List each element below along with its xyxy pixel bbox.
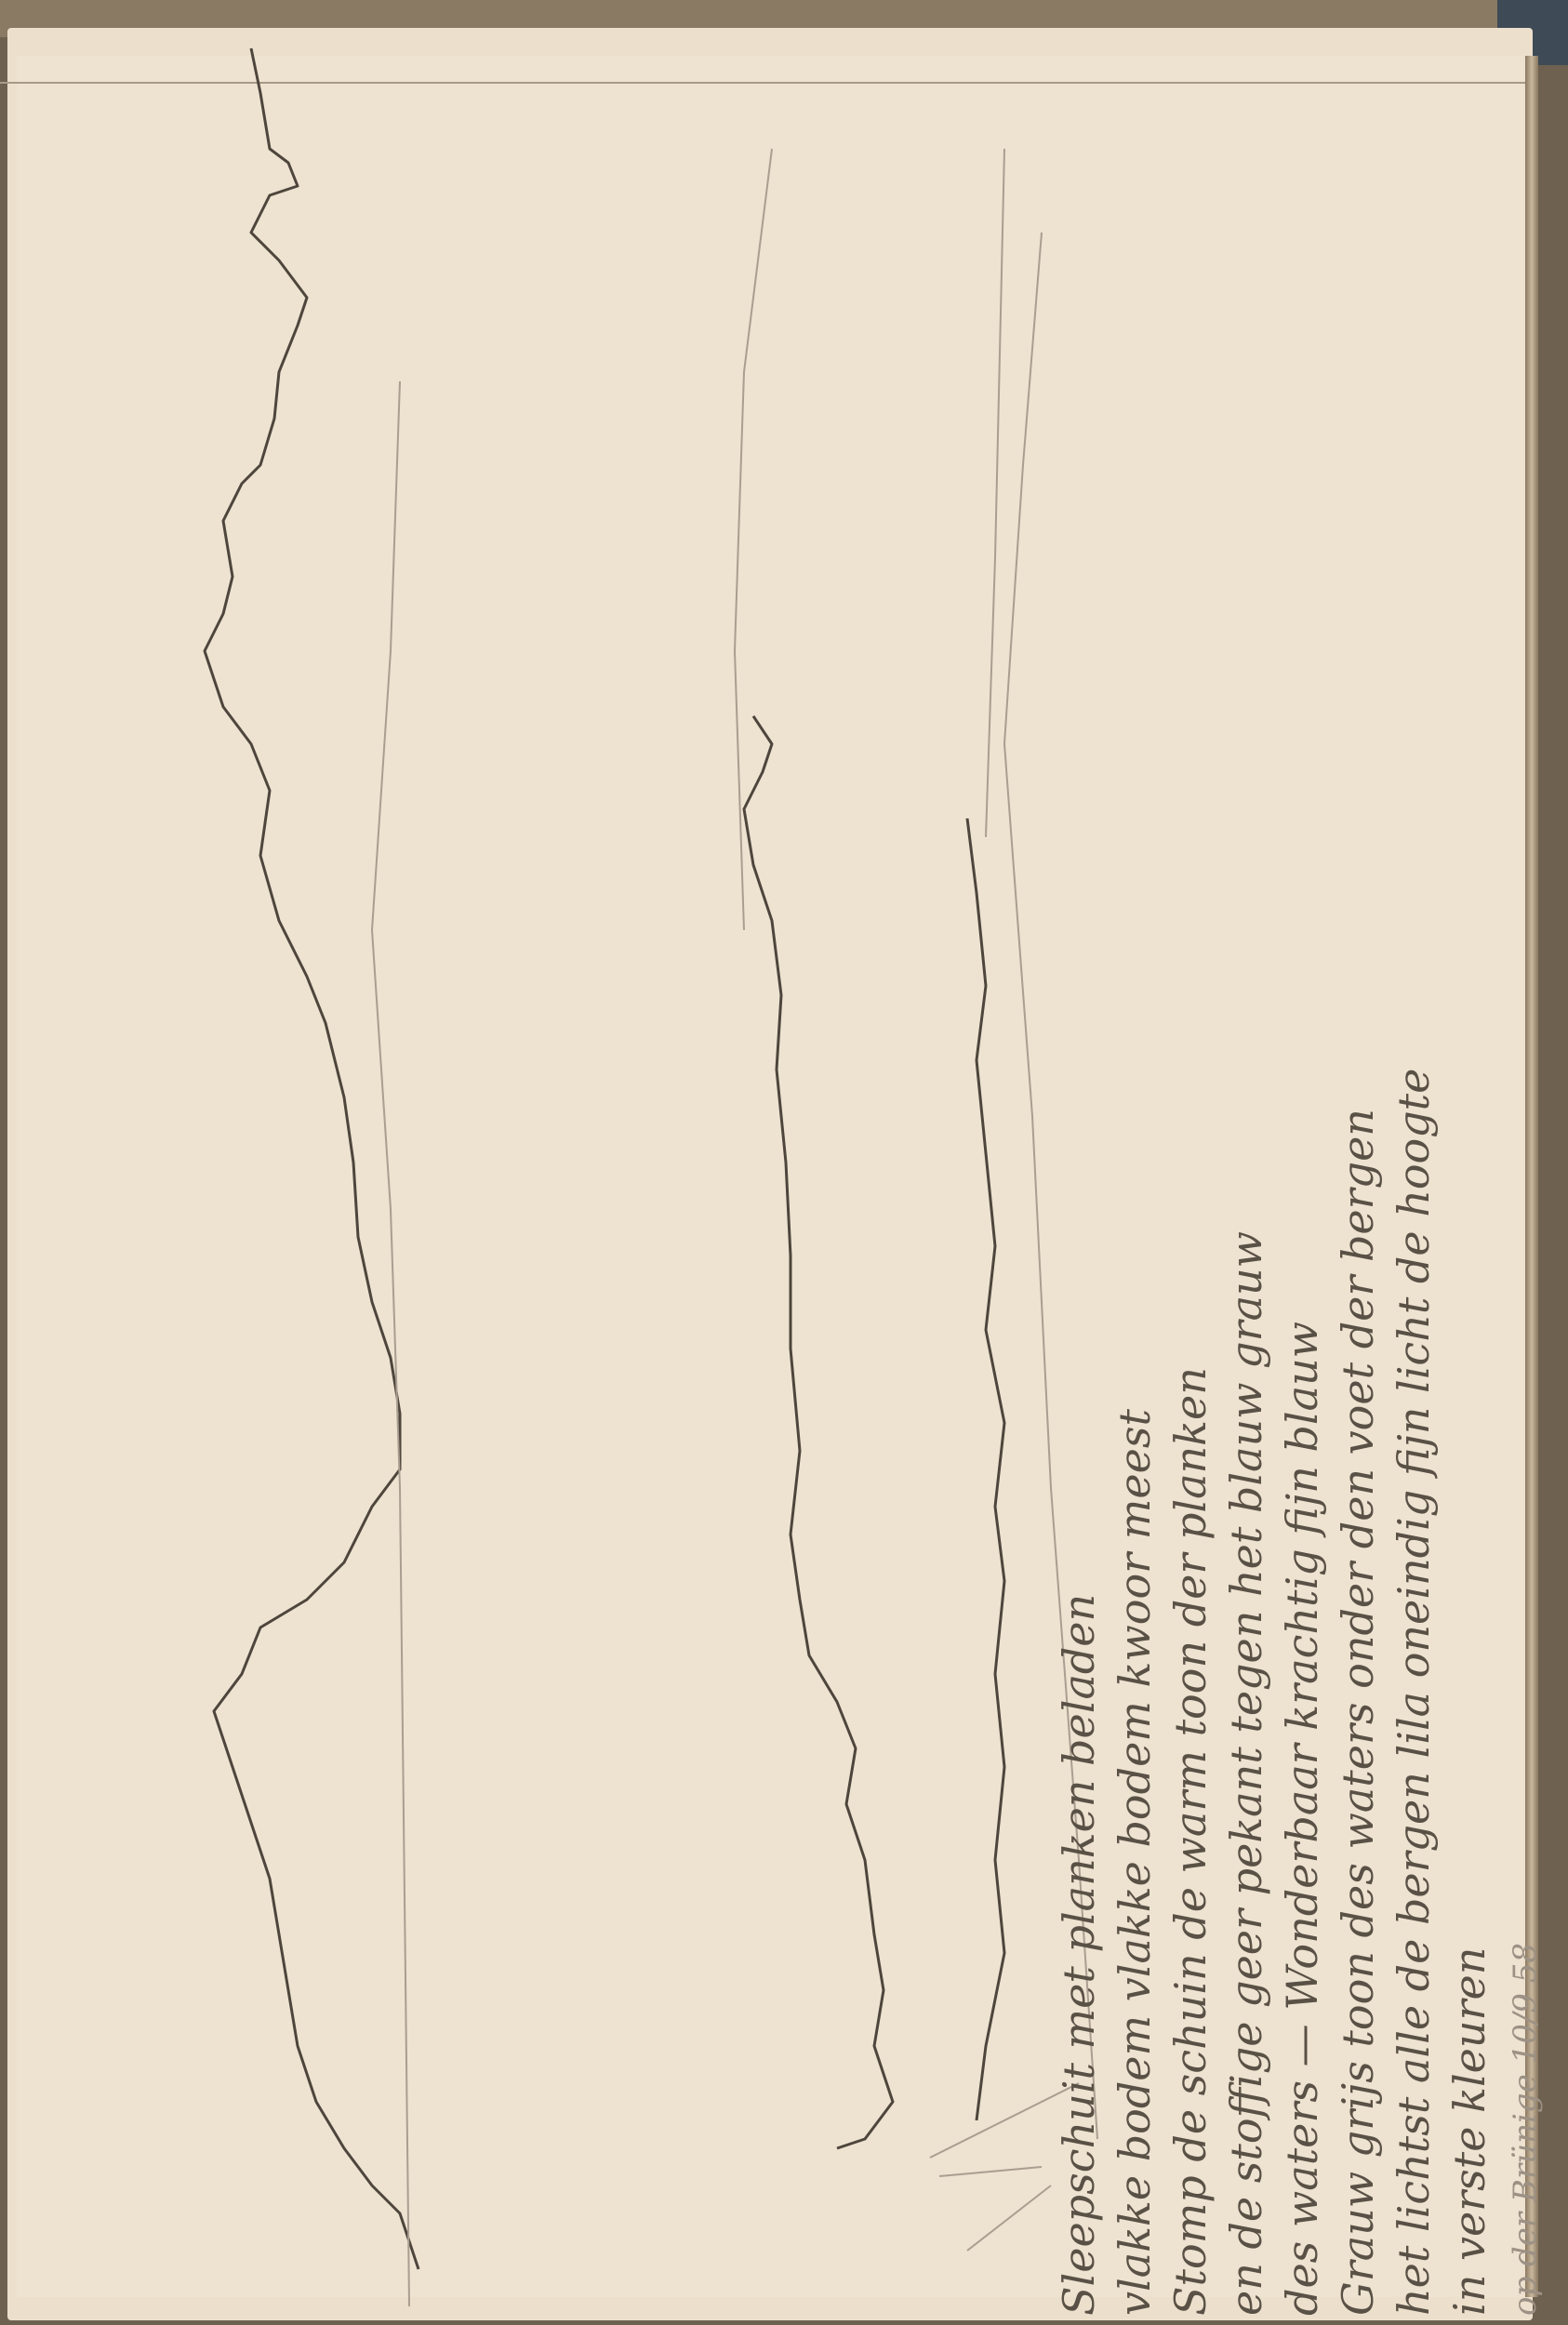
inscription-line: het lichtst alle de bergen lila oneindig… [1386, 549, 1442, 2316]
inscription-line: Grauw grijs toon des waters onder den vo… [1330, 549, 1386, 2316]
faint-ridge-4 [986, 149, 1004, 837]
inscription-line: in verste kleuren [1442, 549, 1497, 2316]
date-inscription: op der Brünige 10/9 58 [1497, 549, 1553, 2316]
faint-ridge-2 [735, 149, 772, 930]
inscription-line: des waters — Wonderbaar krachtig fijn bl… [1274, 549, 1330, 2316]
faint-ridge-1 [372, 381, 409, 2306]
lower-shoreline-outline [967, 818, 1004, 2120]
inscription-line: Stomp de schuin de warm toon der planken [1163, 549, 1218, 2316]
inscription-line: en de stoffige geer pekant tegen het bla… [1218, 549, 1274, 2316]
middle-ridge-outline [744, 716, 893, 2148]
inscription-line: Sleepschuit met planken beladen [1051, 549, 1107, 2316]
inscription-line: vlakke bodem vlakke bodem kwoor meest [1107, 549, 1163, 2316]
handwritten-inscription: Sleepschuit met planken beladen vlakke b… [1051, 549, 1497, 2316]
